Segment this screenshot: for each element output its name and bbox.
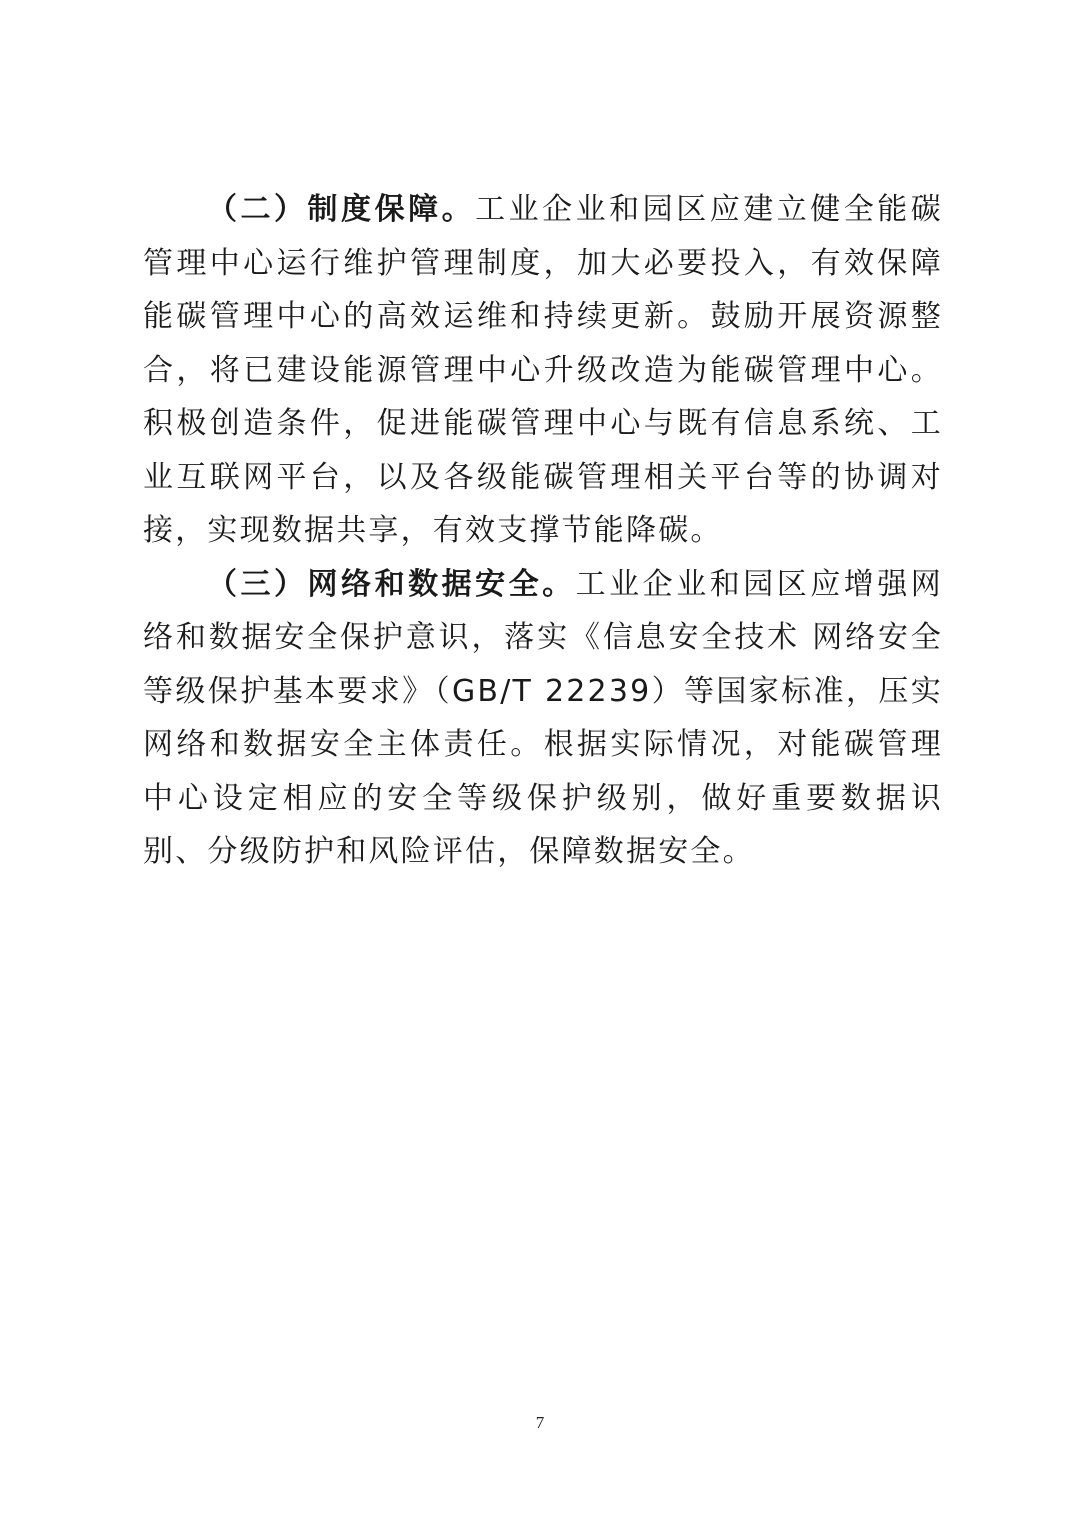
paragraph-text: 工业企业和园区应增强网络和数据安全保护意识，落实《信息安全技术 网络安全等级保护…	[143, 567, 943, 870]
body-text: （二）制度保障。工业企业和园区应建立健全能碳管理中心运行维护管理制度，加大必要投…	[143, 183, 943, 879]
paragraph-text: 工业企业和园区应建立健全能碳管理中心运行维护管理制度，加大必要投入，有效保障能碳…	[143, 192, 943, 548]
paragraph-institutional-guarantee: （二）制度保障。工业企业和园区应建立健全能碳管理中心运行维护管理制度，加大必要投…	[143, 183, 943, 558]
paragraph-network-data-security: （三）网络和数据安全。工业企业和园区应增强网络和数据安全保护意识，落实《信息安全…	[143, 558, 943, 879]
section-heading-institutional-guarantee: （二）制度保障。	[207, 192, 475, 227]
page-number: 7	[0, 1413, 1080, 1433]
document-page: （二）制度保障。工业企业和园区应建立健全能碳管理中心运行维护管理制度，加大必要投…	[0, 0, 1080, 1527]
section-heading-network-data-security: （三）网络和数据安全。	[207, 567, 576, 602]
